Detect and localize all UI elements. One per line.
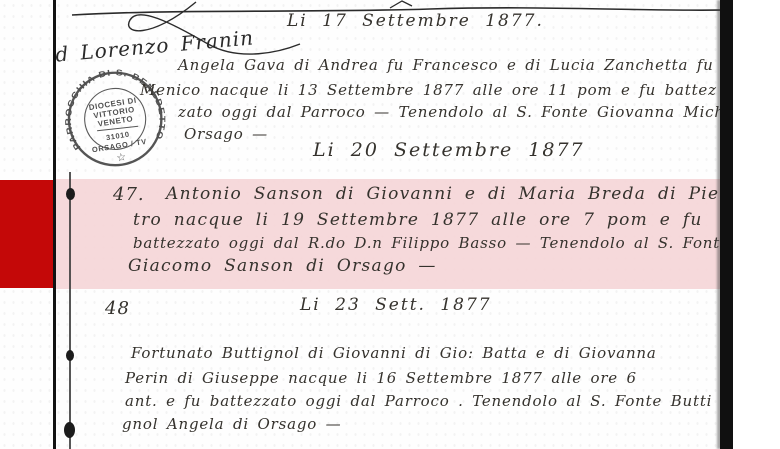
ink-blob bbox=[66, 188, 75, 200]
ink-blob bbox=[64, 422, 75, 438]
record-47-number: 47. bbox=[113, 186, 145, 204]
scan-margin-right bbox=[733, 0, 780, 449]
date-heading-2: Li 20 Settembre 1877 bbox=[313, 141, 585, 160]
red-band-left bbox=[0, 180, 53, 288]
record-46-line-4: Orsago — bbox=[184, 127, 268, 142]
record-46-line-1: Angela Gava di Andrea fu Francesco e di … bbox=[178, 58, 714, 73]
record-46-line-2: Menico nacque li 13 Settembre 1877 alle … bbox=[140, 83, 717, 98]
record-48-line-4: gnol Angela di Orsago — bbox=[122, 417, 341, 432]
record-48-line-1: Fortunato Buttignol di Giovanni di Gio: … bbox=[131, 346, 657, 361]
date-heading-1: Li 17 Settembre 1877. bbox=[287, 13, 544, 30]
page-edge-right bbox=[720, 0, 733, 449]
record-47-line-4: Giacomo Sanson di Orsago — bbox=[128, 258, 437, 275]
pen-tick bbox=[390, 1, 412, 8]
date-heading-3: Li 23 Sett. 1877 bbox=[300, 297, 492, 314]
record-48-line-3: ant. e fu battezzato oggi dal Parroco . … bbox=[125, 394, 712, 409]
record-48-number: 48 bbox=[105, 300, 130, 318]
record-47-line-2: tro nacque li 19 Settembre 1877 alle ore… bbox=[133, 212, 703, 229]
stamp-star-icon: ☆ bbox=[115, 150, 127, 164]
record-47-line-3: battezzato oggi dal R.do D.n Filippo Bas… bbox=[133, 236, 730, 251]
page-edge-left bbox=[53, 0, 56, 449]
record-47-line-1: Antonio Sanson di Giovanni e di Maria Br… bbox=[166, 186, 719, 203]
register-page-scan: PARROCCHIA DI S. BENEDETTO ABATE DIOCESI… bbox=[0, 0, 780, 449]
record-48-line-2: Perin di Giuseppe nacque li 16 Settembre… bbox=[125, 371, 637, 386]
record-46-line-3: zato oggi dal Parroco — Tenendolo al S. … bbox=[178, 105, 780, 120]
ink-blob bbox=[66, 350, 74, 361]
margin-rule-line bbox=[69, 172, 71, 449]
parish-stamp: PARROCCHIA DI S. BENEDETTO ABATE DIOCESI… bbox=[47, 50, 182, 187]
